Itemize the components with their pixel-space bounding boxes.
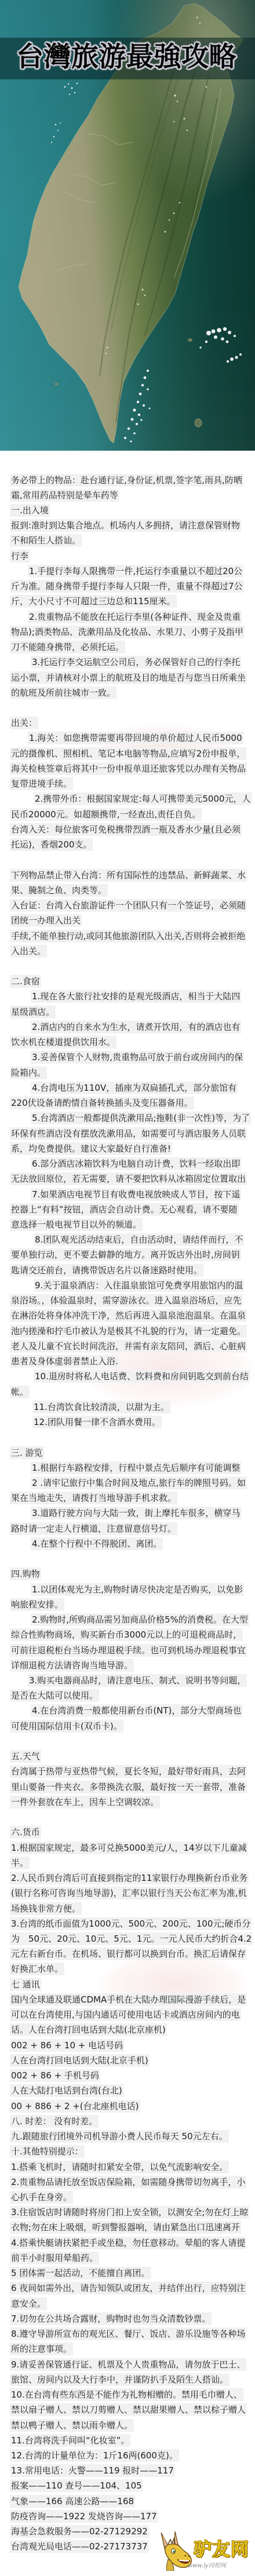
line-text: 斤，大小尺寸不可超过三边总和115厘米。 bbox=[10, 595, 177, 608]
line-text: 台湾观光局电话——02-27173737 bbox=[10, 2540, 149, 2553]
line-text: 为 50元、20元、10元、5元、1元。一元人民币大约折合4.2 bbox=[10, 1932, 253, 1945]
line-text: 10.在台湾有些东西是不能作为礼物相赠的。禁用毛巾赠人、 bbox=[10, 2388, 243, 2401]
text-line: 泉浴场。，体验温泉时，需穿游泳衣。进入温泉浴场后，应先 bbox=[10, 1293, 250, 1308]
blank-line bbox=[10, 700, 250, 715]
line-text: 元的摄像机、照相机、笔记本电脑等物品,应填写2份申报单， bbox=[10, 747, 246, 760]
line-text: 8.遵守导游所宣布的观光区、餐厅、饭店、游乐设施等各种场 bbox=[10, 2327, 246, 2340]
text-line: 6.部分酒店冰箱饮料为电脑自动计费，饮料一经取出即 bbox=[10, 1156, 250, 1171]
text-line: 2.贵重物品不能放在托运行李里(各种证件、现金及贵重 bbox=[10, 609, 250, 624]
text-line: 人在大陆打电话到台湾(台北) bbox=[10, 2083, 250, 2098]
text-line: 综合性购物商场，购买新台币3000元以上的可退税商品时， bbox=[10, 1627, 250, 1642]
text-line: 托运)，香烟200支。 bbox=[10, 837, 250, 852]
text-line: 详细退税方法请咨询当地导游。 bbox=[10, 1657, 250, 1672]
line-text: 6.部分酒店冰箱饮料为电脑自动计费，饮料一经取出即 bbox=[31, 1157, 241, 1170]
text-line: 10.在台湾有些东西是不能作为礼物相赠的。禁用毛巾赠人、 bbox=[10, 2387, 250, 2402]
line-text: 所的注意事项。 bbox=[10, 2343, 73, 2355]
text-line: 2.携带外币：根据国家规定:每人可携带美元5000元，人 bbox=[10, 791, 250, 806]
text-line: 国内全球通及联通CDMA手机在大陆办理国际漫游手续后，是 bbox=[10, 1992, 250, 2007]
text-line: 9.请妥善保管通行证、机票及个人贵重物品，请勿放于巴士、 bbox=[10, 2356, 250, 2372]
line-text: 帐。 bbox=[10, 1386, 30, 1398]
line-text: 10.退房时将私人电话费、饮料费和房间钥匙交到前台结 bbox=[34, 1370, 250, 1383]
text-line: 可前往退税柜台当场办理退税手续。也可到机场办理退税事宜 bbox=[10, 1642, 250, 1657]
line-text: 11.台湾将洗手间叫“化妆室”。 bbox=[10, 2434, 130, 2447]
line-text: 5.台湾酒店一般都提供洗漱用品;拖鞋(非一次性)等，为了 bbox=[31, 1112, 251, 1124]
text-line: 13.常用电话：火警——119 报时——117 bbox=[10, 2463, 250, 2478]
line-text: 斤为准。随身携带手提行李每人只限一件，重量不得超过7公 bbox=[10, 580, 244, 593]
line-text: 2.贵重物品请托放至饭店保险箱，如需随身携带切勿离手，小 bbox=[10, 2176, 246, 2188]
line-text: 务必带上的物品：赴台通行证,身份证,机票,签字笔,雨具,防晒 bbox=[10, 474, 243, 487]
line-text: 手续,不能单独行动,或同其他旅游团队入出关,否则将会被拒绝 bbox=[10, 930, 246, 942]
line-text: 场换钱非常方便。 bbox=[10, 1902, 82, 1915]
text-line: 复带进境手续。 bbox=[10, 776, 250, 791]
line-text: 12.台湾的计量单位为：1斤16两(600克)。 bbox=[10, 2449, 179, 2462]
text-line: 台湾属于热带与亚热带气候，夏长冬短，最好带好雨具，去阿 bbox=[10, 1764, 250, 1779]
line-text: 1.搭乘飞机时，请随时扣紧安全带，以免气流影响安全。 bbox=[10, 2161, 229, 2173]
line-text: 意选择一般电视节目以外的频道。 bbox=[10, 1218, 143, 1231]
line-text: 5 团体需一起活动，不能擅自离团。 bbox=[10, 2267, 151, 2279]
text-line: 险箱内。 bbox=[10, 1065, 250, 1080]
text-line: 无法放回原位，若无需要，请不要把饮料从冰箱固定位置取出 bbox=[10, 1171, 250, 1186]
text-line: 1.以团体观光为主,购物时请尽快决定是否购买，以免影 bbox=[10, 1581, 250, 1596]
watermark-logo: 驴友网 www.ly同程网 bbox=[158, 2530, 253, 2574]
line-text: 1.以团体观光为主,购物时请尽快决定是否购买，以免影 bbox=[31, 1583, 244, 1596]
text-line: 患者及身体虚弱者禁止入浴. bbox=[10, 1354, 250, 1369]
line-text: 报到:准时到达集合地点。机场内人多拥挤，请注意保管财物 bbox=[10, 519, 241, 532]
line-text: 4.在台湾消费一般都使用新台币(NT)，部分大型商场也 bbox=[31, 1704, 242, 1717]
page-title: 台灣旅游最強攻略 bbox=[16, 43, 242, 72]
line-text: 的航班及所前往城市一致。 bbox=[10, 686, 116, 699]
text-line: 帐。 bbox=[10, 1384, 250, 1399]
line-text: 海关检核签章后将其中一份申报单退还旅客凭以办理有关物品 bbox=[10, 762, 247, 775]
line-text: 心扒手在身旁。 bbox=[10, 2191, 73, 2204]
line-text: 物品);酒类物品、洗漱用品及化妆品、水果刀、小剪子及指甲 bbox=[10, 626, 245, 638]
text-line: 斤为准。随身携带手提行李每人只限一件，重量不得超过7公 bbox=[10, 579, 250, 594]
line-text: 1.现在各大旅行社安排的是观光级酒店，相当于大陆四 bbox=[31, 990, 241, 1003]
text-line: 意选择一般电视节目以外的频道。 bbox=[10, 1216, 250, 1232]
section-heading: 十.其他特别提示： bbox=[10, 2144, 250, 2159]
section-heading: 五.天气 bbox=[10, 1749, 250, 1764]
line-text: 3.道路行驶方向与大陆一致，街上摩托车很多，横穿马 bbox=[31, 1507, 241, 1519]
text-line: 3.托运行李交运航空公司后，务必保管好自己的行李托 bbox=[10, 655, 250, 670]
line-text: 4.台湾电压为110V，插座为双扁插孔式，部分旅馆有 bbox=[31, 1081, 238, 1094]
line-text: 1.根据行车路程安排，行程中景点先后顺序有可能调整 bbox=[31, 1461, 241, 1474]
line-text: 3.购买电器商品时，请注意电压、制式、说明书等问题， bbox=[28, 1674, 247, 1687]
line-text: 2.酒店内的自来水为生水，请煮开饮用，有的酒店也有 bbox=[31, 1021, 241, 1033]
text-line: 控器上“有料”按钮，酒店会自动计费。无心观看，请不要随 bbox=[10, 1201, 250, 1216]
text-line: 匙请交还前台，请携带饭店名片以备迷路时使用。 bbox=[10, 1262, 250, 1277]
blank-line bbox=[10, 1430, 250, 1445]
text-line: 220伏设备请酌情自备转换插头及变压器备用。 bbox=[10, 1095, 250, 1110]
line-text: 险箱内。 bbox=[10, 1066, 47, 1079]
text-line: 衣物;勿在床上吸烟，听到警报器响，请由紧急出口迅速离开 bbox=[10, 2220, 250, 2235]
text-line: 果、腌制之鱼、肉类等。 bbox=[10, 882, 250, 897]
text-line: 人在台湾打回电话到大陆(北京手机) bbox=[10, 2052, 250, 2067]
text-line: 12.团队用餐一律不含酒水费用。 bbox=[10, 1415, 250, 1430]
text-line: 一件外套放在车上，因车上空调较凉。 bbox=[10, 1794, 250, 1809]
line-text: 002 + 86 + 手机号码 bbox=[10, 2069, 100, 2082]
watermark-brand: 驴友网 bbox=[194, 2540, 249, 2560]
line-text: 九.跟随旅行团境外司机导游小费人民币每天 50元左右。 bbox=[10, 2130, 229, 2143]
line-text: 二.食宿 bbox=[10, 975, 41, 988]
text-line: 环保有些酒店没有摆放洗漱用品，如需要可与酒店服务人员联 bbox=[10, 1126, 250, 1141]
line-text: 禁以鸭子赠人、禁以雨伞赠人。 bbox=[10, 2419, 134, 2432]
line-text: 2.贵重物品不能放在托运行李里(各种证件、现金及贵重 bbox=[28, 611, 242, 623]
line-text: 002 + 86 + 10 + 电话号码 bbox=[10, 2039, 124, 2052]
text-line: 4.在整个行程中不得脱团、离团。 bbox=[10, 1536, 250, 1551]
text-line: 10.退房时将私人电话费、饮料费和房间钥匙交到前台结 bbox=[10, 1369, 250, 1384]
line-text: 12.团队用餐一律不含酒水费用。 bbox=[32, 1416, 162, 1428]
text-line: 要单独行动，更不要去僻静的地方。离开饭店外出时,房间钥 bbox=[10, 1247, 250, 1262]
text-line: 老人及儿童不宜长时间洗浴，并需有亲友陪同，酒后、心脏病 bbox=[10, 1338, 250, 1353]
text-line: 刀不能随身携带，必须托运。 bbox=[10, 640, 250, 655]
line-text: (银行名称可咨询当地导游)，汇率以银行当天公布汇率为准,机 bbox=[10, 1887, 247, 1899]
line-text: 匙请交还前台，请携带饭店名片以备迷路时使用。 bbox=[10, 1264, 203, 1277]
line-text: 防疫咨询——1922 发烧咨询——177 bbox=[10, 2510, 158, 2523]
line-text: 托运)，香烟200支。 bbox=[10, 838, 93, 851]
watermark-url: www.ly同程网 bbox=[188, 2563, 226, 2570]
line-text: 2.携带外币：根据国家规定:每人可携带美元5000元，人 bbox=[34, 792, 252, 805]
text-line: 11.台湾饮食比较清淡，以甜为主。 bbox=[10, 1399, 250, 1414]
text-line: 1.搭乘飞机时，请随时扣紧安全带，以免气流影响安全。 bbox=[10, 2159, 250, 2174]
line-text: 11.台湾饮食比较清淡，以甜为主。 bbox=[32, 1401, 170, 1413]
section-heading: 九.跟随旅行团境外司机导游小费人民币每天 50元左右。 bbox=[10, 2129, 250, 2144]
line-text: 十.其他特别提示： bbox=[10, 2145, 85, 2158]
text-line: 9.关于温泉酒店：入住温泉旅馆可免费享用旅馆内的温 bbox=[10, 1277, 250, 1292]
text-line: 7.切勿在公共场合露财，购物时也勿当众清数钞票。 bbox=[10, 2311, 250, 2326]
text-line: 2.贵重物品请托放至饭店保险箱，如需随身携带切勿离手，小 bbox=[10, 2174, 250, 2189]
line-text: 三. 游览 bbox=[10, 1446, 44, 1459]
line-text: 报案——110 查号——104、105 bbox=[10, 2479, 143, 2492]
line-text: 意安全。 bbox=[10, 2297, 47, 2310]
text-line: 4.搭乘快艇请扶紧把手或坐稳，勿任意移动。晕船的客人请提 bbox=[10, 2235, 250, 2250]
line-text: 7.切勿在公共场合露财，购物时也勿当众清数钞票。 bbox=[10, 2312, 212, 2325]
line-text: 行李 bbox=[10, 550, 30, 562]
text-line: 禁以鸭子赠人、禁以雨伞赠人。 bbox=[10, 2417, 250, 2432]
text-line: 1.海关：如您携带需要再带回境的单价超过人民币5000 bbox=[10, 730, 250, 746]
line-text: 老人及儿童不宜长时间洗浴，并需有亲友陪同，酒后、心脏病 bbox=[10, 1340, 247, 1353]
text-line: 防疫咨询——1922 发烧咨询——177 bbox=[10, 2508, 250, 2523]
line-text: 海基会急救服务——02-27129292 bbox=[10, 2525, 149, 2538]
line-text: 可前往退税柜台当场办理退税手续。也可到机场办理退税事宜 bbox=[10, 1644, 247, 1657]
blank-line bbox=[10, 852, 250, 867]
line-text: 星级酒店。 bbox=[10, 1006, 56, 1018]
line-text: 五.天气 bbox=[10, 1750, 41, 1763]
text-line: 好换汇水单。 bbox=[10, 1961, 250, 1976]
line-text: 禁以扇子赠人、禁以刀剪赠人、禁以甜果赠人、禁以棕子赠人 bbox=[10, 2403, 247, 2416]
text-line: 台湾入关：每位旅客可免税携带烈酒一瓶及香水少量(且必须 bbox=[10, 821, 250, 836]
text-line: 2 .请牢记旅行中集合时间及地点,旅行车的牌照号码。如 bbox=[10, 1475, 250, 1490]
text-line: 场换钱非常方便。 bbox=[10, 1901, 250, 1916]
text-line: 务必带上的物品：赴台通行证,身份证,机票,签字笔,雨具,防晒 bbox=[10, 472, 250, 487]
text-line: 的航班及所前往城市一致。 bbox=[10, 685, 250, 700]
blank-line bbox=[10, 1551, 250, 1566]
text-line: 下列物品禁止带入台湾：所有国际性的违禁品、新鲜蔬菜、水 bbox=[10, 867, 250, 882]
text-line: 5.台湾酒店一般都提供洗漱用品;拖鞋(非一次性)等，为了 bbox=[10, 1110, 250, 1126]
line-text: 3.台湾的纸币面值为1000元、500元、200元、100元;硬币分 bbox=[10, 1917, 252, 1930]
line-text: 民币20000元。如超额携带,一经查出,责任自负。 bbox=[10, 808, 202, 821]
text-line: 话。人在台湾打回电话到大陆(北京座机) bbox=[10, 2022, 250, 2037]
line-text: 出关： bbox=[10, 717, 38, 729]
line-text: 好换汇水单。 bbox=[10, 1963, 64, 1975]
line-text: 4.在整个行程中不得脱团、离团。 bbox=[31, 1537, 163, 1550]
line-text: 下列物品禁止带入台湾：所有国际性的违禁品、新鲜蔬菜、水 bbox=[10, 869, 247, 882]
line-text: 6 夜间如需外出，请告知领队或团友，并结伴出行，应特别注 bbox=[10, 2282, 246, 2294]
text-line: 入出关。 bbox=[10, 943, 250, 958]
text-line: 手续,不能单独行动,或同其他旅游团队入出关,否则将会被拒绝 bbox=[10, 928, 250, 943]
text-line: 运小票，并请核对小票上的航班及目的地是否与您当日所乘坐 bbox=[10, 670, 250, 685]
text-line: 2.酒店内的自来水为生水，请煮开饮用，有的酒店也有 bbox=[10, 1019, 250, 1034]
line-text: 00 + 886 + 2 +(台北座机电话) bbox=[10, 2100, 140, 2113]
text-line: 是否在大陆可以使用。 bbox=[10, 1688, 250, 1703]
text-line: 斤，大小尺寸不可超过三边总和115厘米。 bbox=[10, 594, 250, 609]
line-text: 可使用国际信用卡(双币卡)。 bbox=[10, 1720, 123, 1733]
line-text: 复带进境手续。 bbox=[10, 777, 73, 790]
text-line: 路时请一定走人行横道，注意留意信号灯。 bbox=[10, 1521, 250, 1536]
text-line: 2.购物时,所购商品需另加商品价格5%的消费税。在大型 bbox=[10, 1612, 250, 1627]
text-line: 2.人民币到台湾后可直接到指定的11家银行办理换新台币业务 bbox=[10, 1870, 250, 1886]
text-line: 5 团体需一起活动，不能擅自离团。 bbox=[10, 2266, 250, 2281]
text-line: 饮水机在楼道提供饮用水。 bbox=[10, 1035, 250, 1050]
text-line: 3.道路行驶方向与大陆一致，街上摩托车很多，横穿马 bbox=[10, 1506, 250, 1521]
section-heading: 六.货币 bbox=[10, 1825, 250, 1840]
text-line: 元的摄像机、照相机、笔记本电脑等物品,应填写2份申报单， bbox=[10, 746, 250, 761]
text-line: 报到:准时到达集合地点。机场内人多拥挤，请注意保管财物 bbox=[10, 518, 250, 533]
text-line: 为 50元、20元、10元、5元、1元。一元人民币大约折合4.2 bbox=[10, 1931, 250, 1946]
text-line: 星级酒店。 bbox=[10, 1004, 250, 1019]
text-line: 1.根据国家规定，最多可兑换5000美元/人，14岁以下儿童减 bbox=[10, 1840, 250, 1855]
text-line: 3.购买电器商品时，请注意电压、制式、说明书等问题， bbox=[10, 1673, 250, 1688]
text-line: 物品);酒类物品、洗漱用品及化妆品、水果刀、小剪子及指甲 bbox=[10, 624, 250, 639]
line-text: 环保有些酒店没有摆放洗漱用品，如需要可与酒店服务人员联 bbox=[10, 1127, 247, 1140]
text-line: 3.住宿饭店时请随时将房门扣上安全锁，以测安全;勿在灯上晾 bbox=[10, 2205, 250, 2220]
line-text: 是否在大陆可以使用。 bbox=[10, 1689, 99, 1702]
line-text: 9.请妥善保管通行证、机票及个人贵重物品，请勿放于巴士、 bbox=[10, 2358, 246, 2371]
text-line: 禁以扇子赠人、禁以刀剪赠人、禁以甜果赠人、禁以棕子赠人 bbox=[10, 2402, 250, 2417]
text-line: 8.团队观光活动结束后，自由活动时，请结伴而行，不 bbox=[10, 1232, 250, 1247]
line-text: 3.住宿饭店时请随时将房门扣上安全锁，以测安全;勿在灯上晾 bbox=[10, 2206, 249, 2219]
text-line: 3.妥善保管个人财物,贵重物品可放于前台或房间内的保 bbox=[10, 1050, 250, 1065]
line-text: 13.常用电话：火警——119 报时——117 bbox=[10, 2464, 175, 2477]
text-line: 心扒手在身旁。 bbox=[10, 2189, 250, 2204]
line-text: 人在大陆打电话到台湾(台北) bbox=[10, 2084, 123, 2097]
text-line: 果在当地走失，请拨打当地导游手机求救。 bbox=[10, 1490, 250, 1506]
line-text: 气象——166 高速公路——168 bbox=[10, 2495, 135, 2508]
line-text: 系，均免费提供。建议大家最好自行准备! bbox=[10, 1142, 172, 1155]
line-text: 半。 bbox=[10, 1857, 30, 1869]
line-text: 无法放回原位，若无需要，请不要把饮料从冰箱固定位置取出 bbox=[10, 1172, 247, 1185]
line-text: 详细退税方法请咨询当地导游。 bbox=[10, 1659, 134, 1672]
line-text: 3.托运行李交运航空公司后，务必保管好自己的行李托 bbox=[31, 656, 241, 668]
line-text: 可以在台湾使用,与国内通话可使用电话卡或酒店房间内的电 bbox=[10, 2008, 241, 2021]
text-line: 民币20000元。如超额携带,一经查出,责任自负。 bbox=[10, 806, 250, 821]
section-heading: 三. 游览 bbox=[10, 1445, 250, 1460]
line-text: 八. 时差： 没有时差。 bbox=[10, 2115, 99, 2128]
line-text: 2.人民币到台湾后可直接到指定的11家银行办理换新台币业务 bbox=[10, 1872, 249, 1884]
line-text: 前半小时服用晕船药。 bbox=[10, 2252, 99, 2264]
text-line: 4.在台湾消费一般都使用新台币(NT)，部分大型商场也 bbox=[10, 1703, 250, 1718]
text-line: 1.根据行车路程安排，行程中景点先后顺序有可能调整 bbox=[10, 1460, 250, 1475]
line-text: 国内全球通及联通CDMA手机在大陆办理国际漫游手续后，是 bbox=[10, 1993, 247, 2006]
line-text: 220伏设备请酌情自备转换插头及变压器备用。 bbox=[10, 1097, 194, 1109]
line-text: 不和陌生人搭讪。 bbox=[10, 534, 82, 547]
line-text: 一.出入境 bbox=[10, 504, 50, 517]
text-line: 入台证：台湾入台旅游证件一个团队只有一个签证号，必须随 bbox=[10, 898, 250, 913]
text-line: 旅馆、房间内以及大行李中，并谨防扒手及陌生人搭讪。 bbox=[10, 2372, 250, 2387]
section-heading: 一.出入境 bbox=[10, 502, 250, 517]
text-line: 霜,常用药品特别是晕车药等 bbox=[10, 487, 250, 502]
text-line: 8.遵守导游所宣布的观光区、餐厅、饭店、游乐设施等各种场 bbox=[10, 2326, 250, 2341]
line-text: 四.购物 bbox=[10, 1567, 41, 1580]
line-text: 1.手提行李每人限携带一件,托运行李重量以不超过20公 bbox=[28, 565, 243, 578]
text-line: 7.如果酒店电视节目有收费电视放映成人节目，按下遥 bbox=[10, 1186, 250, 1201]
text-line: 前半小时服用晕船药。 bbox=[10, 2250, 250, 2265]
text-line: 系，均免费提供。建议大家最好自行准备! bbox=[10, 1141, 250, 1156]
text-line: 所的注意事项。 bbox=[10, 2341, 250, 2356]
line-text: 七 通讯 bbox=[10, 1978, 41, 1991]
text-line: 002 + 86 + 手机号码 bbox=[10, 2068, 250, 2083]
text-line: 报案——110 查号——104、105 bbox=[10, 2478, 250, 2493]
travel-guide-article: 务必带上的物品：赴台通行证,身份证,机票,签字笔,雨具,防晒霜,常用药品特别是晕… bbox=[10, 472, 250, 2554]
line-text: 六.货币 bbox=[10, 1826, 41, 1839]
line-text: 9.关于温泉酒店：入住温泉旅馆可免费享用旅馆内的温 bbox=[34, 1279, 244, 1292]
line-text: 患者及身体虚弱者禁止入浴. bbox=[10, 1355, 119, 1368]
line-text: 1.根据国家规定，最多可兑换5000美元/人，14岁以下儿童减 bbox=[10, 1841, 248, 1854]
line-text: 3.妥善保管个人财物,贵重物品可放于前台或房间内的保 bbox=[31, 1051, 244, 1064]
section-heading: 二.食宿 bbox=[10, 974, 250, 989]
line-text: 池内搓澡和拧毛巾被认为是极其不礼貌的行为，请一定避免。 bbox=[10, 1325, 247, 1338]
text-line: 海关检核签章后将其中一份申报单退还旅客凭以办理有关物品 bbox=[10, 761, 250, 776]
text-line: 里山要备一件夹衣。多带换洗衣服，最好按一天一套带，准备 bbox=[10, 1779, 250, 1794]
line-text: 饮水机在楼道提供饮用水。 bbox=[10, 1036, 116, 1048]
text-line: 1.手提行李每人限携带一件,托运行李重量以不超过20公 bbox=[10, 563, 250, 578]
line-text: 刀不能随身携带，必须托运。 bbox=[10, 641, 125, 653]
line-text: 2.购物时,所购商品需另加商品价格5%的消费税。在大型 bbox=[31, 1613, 249, 1626]
text-line: 响旅程安排。 bbox=[10, 1596, 250, 1612]
text-line: 可使用国际信用卡(双币卡)。 bbox=[10, 1718, 250, 1733]
section-heading: 七 通讯 bbox=[10, 1976, 250, 1992]
line-text: 话。人在台湾打回电话到大陆(北京座机) bbox=[10, 2023, 167, 2036]
line-text: 在淋浴处将身体冲洗干净，然后再进入温泉池泡温泉。在温泉 bbox=[10, 1309, 247, 1322]
line-text: 路时请一定走人行横道，注意留意信号灯。 bbox=[10, 1522, 177, 1535]
line-text: 元左右新台币。在机场、银行都可以换到台币。换汇后请保存 bbox=[10, 1947, 247, 1960]
line-text: 要单独行动，更不要去僻静的地方。离开饭店外出时,房间钥 bbox=[10, 1248, 241, 1261]
text-line: 12.台湾的计量单位为：1斤16两(600克)。 bbox=[10, 2447, 250, 2462]
section-heading: 四.购物 bbox=[10, 1566, 250, 1581]
text-line: 002 + 86 + 10 + 电话号码 bbox=[10, 2037, 250, 2052]
line-text: 入台证：台湾入台旅游证件一个团队只有一个签证号，必须随 bbox=[10, 899, 247, 912]
text-line: 元左右新台币。在机场、银行都可以换到台币。换汇后请保存 bbox=[10, 1946, 250, 1961]
text-line: 11.台湾将洗手间叫“化妆室”。 bbox=[10, 2432, 250, 2447]
hero-banner: 台灣旅游最強攻略 bbox=[0, 0, 255, 451]
line-text: 一件外套放在车上，因车上空调较凉。 bbox=[10, 1796, 160, 1808]
line-text: 控器上“有料”按钮，酒店会自动计费。无心观看，请不要随 bbox=[10, 1203, 239, 1216]
line-text: 运小票，并请核对小票上的航班及目的地是否与您当日所乘坐 bbox=[10, 671, 247, 684]
blank-line bbox=[10, 1733, 250, 1748]
line-text: 综合性购物商场，购买新台币3000元以上的可退税商品时， bbox=[10, 1628, 243, 1641]
line-text: 泉浴场。，体验温泉时，需穿游泳衣。进入温泉浴场后，应先 bbox=[10, 1294, 243, 1307]
line-text: 衣物;勿在床上吸烟，听到警报器响，请由紧急出口迅速离开 bbox=[10, 2221, 241, 2234]
line-text: 霜,常用药品特别是晕车药等 bbox=[10, 489, 119, 502]
line-text: 7.如果酒店电视节目有收费电视放映成人节目，按下遥 bbox=[31, 1188, 241, 1201]
line-text: 2 .请牢记旅行中集合时间及地点,旅行车的牌照号码。如 bbox=[31, 1477, 247, 1489]
text-line: 4.台湾电压为110V，插座为双扁插孔式，部分旅馆有 bbox=[10, 1080, 250, 1095]
text-line: 可以在台湾使用,与国内通话可使用电话卡或酒店房间内的电 bbox=[10, 2007, 250, 2022]
text-line: 气象——166 高速公路——168 bbox=[10, 2493, 250, 2508]
text-line: (银行名称可咨询当地导游)，汇率以银行当天公布汇率为准,机 bbox=[10, 1886, 250, 1901]
section-heading: 八. 时差： 没有时差。 bbox=[10, 2113, 250, 2128]
line-text: 果、腌制之鱼、肉类等。 bbox=[10, 884, 108, 897]
line-text: 入出关。 bbox=[10, 945, 47, 958]
line-text: 果在当地走失，请拨打当地导游手机求救。 bbox=[10, 1492, 177, 1504]
text-line: 团统一办理入出关 bbox=[10, 913, 250, 928]
text-line: 意安全。 bbox=[10, 2296, 250, 2311]
line-text: 8.团队观光活动结束后，自由活动时，请结伴而行，不 bbox=[34, 1233, 244, 1246]
text-line: 3.台湾的纸币面值为1000元、500元、200元、100元;硬币分 bbox=[10, 1916, 250, 1931]
line-text: 里山要备一件夹衣。多带换洗衣服，最好按一天一套带，准备 bbox=[10, 1781, 247, 1793]
subsection-heading: 出关： bbox=[10, 715, 250, 730]
subsection-heading: 行李 bbox=[10, 548, 250, 563]
text-line: 00 + 886 + 2 +(台北座机电话) bbox=[10, 2098, 250, 2113]
text-line: 不和陌生人搭讪。 bbox=[10, 533, 250, 548]
text-line: 池内搓澡和拧毛巾被认为是极其不礼貌的行为，请一定避免。 bbox=[10, 1323, 250, 1338]
line-text: 旅馆、房间内以及大行李中，并谨防扒手及陌生人搭讪。 bbox=[10, 2373, 230, 2386]
line-text: 台湾属于热带与亚热带气候，夏长冬短，最好带好雨具，去阿 bbox=[10, 1765, 247, 1778]
line-text: 1.海关：如您携带需要再带回境的单价超过人民币5000 bbox=[28, 732, 243, 744]
line-text: 台湾入关：每位旅客可免税携带烈酒一瓶及香水少量(且必须 bbox=[10, 823, 242, 836]
blank-line bbox=[10, 959, 250, 974]
blank-line bbox=[10, 1810, 250, 1825]
line-text: 人在台湾打回电话到大陆(北京手机) bbox=[10, 2054, 150, 2067]
text-line: 在淋浴处将身体冲洗干净，然后再进入温泉池泡温泉。在温泉 bbox=[10, 1308, 250, 1323]
text-line: 半。 bbox=[10, 1855, 250, 1870]
line-text: 响旅程安排。 bbox=[10, 1598, 64, 1611]
line-text: 4.搭乘快艇请扶紧把手或坐稳，勿任意移动。晕船的客人请提 bbox=[10, 2237, 246, 2249]
text-line: 1.现在各大旅行社安排的是观光级酒店，相当于大陆四 bbox=[10, 989, 250, 1004]
line-text: 团统一办理入出关 bbox=[10, 914, 82, 927]
text-line: 6 夜间如需外出，请告知领队或团友，并结伴出行，应特别注 bbox=[10, 2281, 250, 2296]
